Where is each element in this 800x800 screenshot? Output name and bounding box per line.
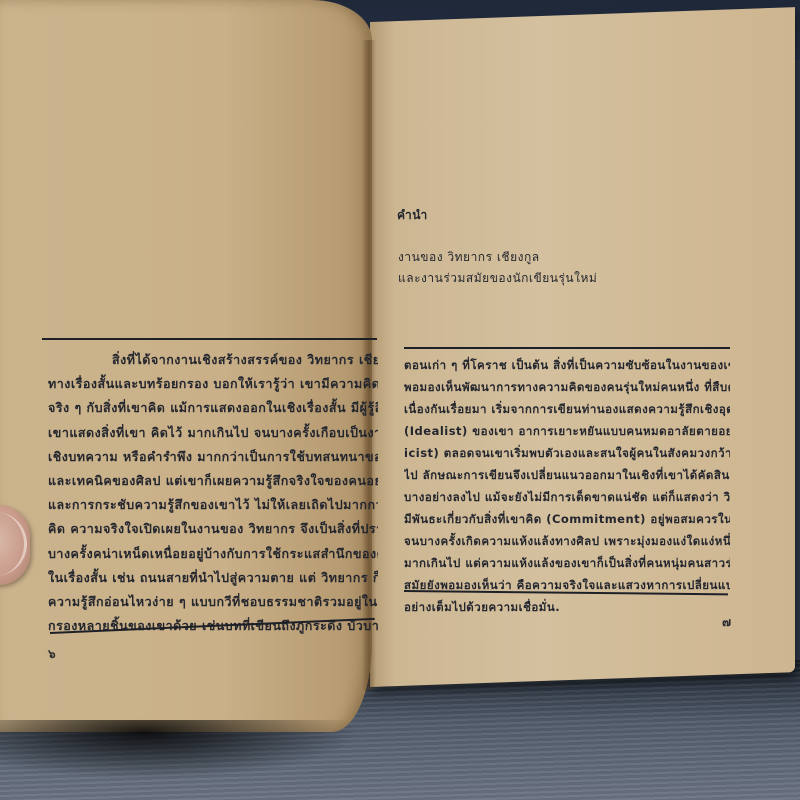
left-line: และการกระชับความรู้สึกของเขาไว้ ไม่ให้เล… xyxy=(48,493,378,517)
right-top-rule xyxy=(404,347,730,349)
right-line: มากเกินไป แต่ความแห้งแล้งของเขาก็เป็นสิ่… xyxy=(404,552,730,574)
left-line: สิ่งที่ได้จากงานเชิงสร้างสรรค์ของ วิทยาก… xyxy=(48,348,378,372)
left-page-body: สิ่งที่ได้จากงานเชิงสร้างสรรค์ของ วิทยาก… xyxy=(48,348,378,638)
left-line: เขาแสดงสิ่งที่เขา คิดไว้ มากเกินไป จนบาง… xyxy=(48,421,378,445)
right-page-number: ๗ xyxy=(722,613,732,632)
foreword-heading: คำนำ xyxy=(397,206,428,225)
book-shadow xyxy=(0,720,360,780)
right-page-body: ตอนเก่า ๆ ที่โคราช เป็นต้น สิ่งที่เป็นคว… xyxy=(404,354,730,618)
right-line: พอมองเห็นพัฒนาการทางความคิดของคนรุ่นใหม่… xyxy=(404,376,730,398)
right-line: เนื่องกันเรื่อยมา เริ่มจากการเขียนท่านอง… xyxy=(404,398,730,420)
left-page-number: ๖ xyxy=(48,645,56,664)
right-line: มีพันธะเกี่ยวกับสิ่งที่เขาคิด (Commitmen… xyxy=(404,508,730,530)
right-line: จนบางครั้งเกิดความแห้งแล้งทางศิลป เพราะม… xyxy=(404,530,730,552)
foreword-subtitle-line-2: และงานร่วมสมัยของนักเขียนรุ่นใหม่ xyxy=(398,269,597,288)
left-line: จริง ๆ กับสิ่งที่เขาคิด แม้การแสดงออกในเ… xyxy=(48,396,378,420)
right-line: (Idealist) ของเขา อาการเยาะหยันแบบคนหมดอ… xyxy=(404,420,730,442)
left-line: และเทคนิคของศิลป แต่เขาก็เผยความรู้สึกจร… xyxy=(48,469,378,493)
right-line: อย่างเต็มไปด้วยความเชื่อมั่น. xyxy=(404,596,730,618)
right-line: icist) ตลอดจนเขาเริ่มพบตัวเองและสนใจผู้ค… xyxy=(404,442,730,464)
left-line: บางครั้งคน่าเหน็ดเหนื่อยอยู่บ้างกับการใช… xyxy=(48,542,378,566)
left-line: เชิงบทความ หรือคำรำพึง มากกว่าเป็นการใช้… xyxy=(48,445,378,469)
right-line: ไป ลักษณะการเขียนจึงเปลี่ยนแนวออกมาในเชิ… xyxy=(404,464,730,486)
foreword-subtitle-line-1: งานของ วิทยากร เชียงกูล xyxy=(398,248,540,267)
left-top-rule xyxy=(42,338,377,340)
left-line: ทางเรื่องสั้นและบทร้อยกรอง บอกให้เรารู้ว… xyxy=(48,372,378,396)
right-line: ตอนเก่า ๆ ที่โคราช เป็นต้น สิ่งที่เป็นคว… xyxy=(404,354,730,376)
left-line: คิด ความจริงใจเปิดเผยในงานของ วิทยากร จึ… xyxy=(48,517,378,541)
left-line: ในเรื่องสั้น เช่น ถนนสายที่นำไปสู่ความตา… xyxy=(48,566,378,590)
left-line: ความรู้สึกอ่อนไหวง่าย ๆ แบบกวีที่ชอบธรรม… xyxy=(48,590,378,614)
right-line: บางอย่างลงไป แม้จะยังไม่มีการเด็ดขาดแน่ช… xyxy=(404,486,730,508)
